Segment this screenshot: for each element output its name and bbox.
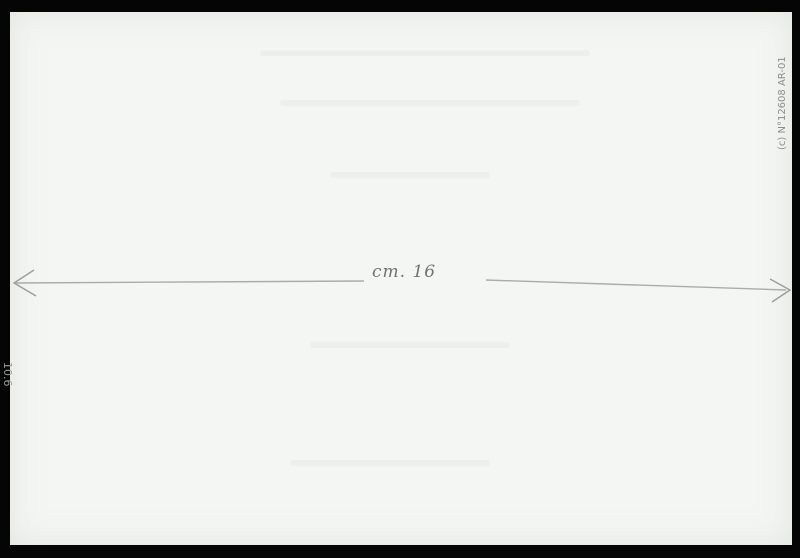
archive-code: (c) N°12608 AR-01 xyxy=(777,56,788,150)
measurement-label: cm. 16 xyxy=(372,262,436,282)
margin-note: 10.6 xyxy=(1,362,14,387)
